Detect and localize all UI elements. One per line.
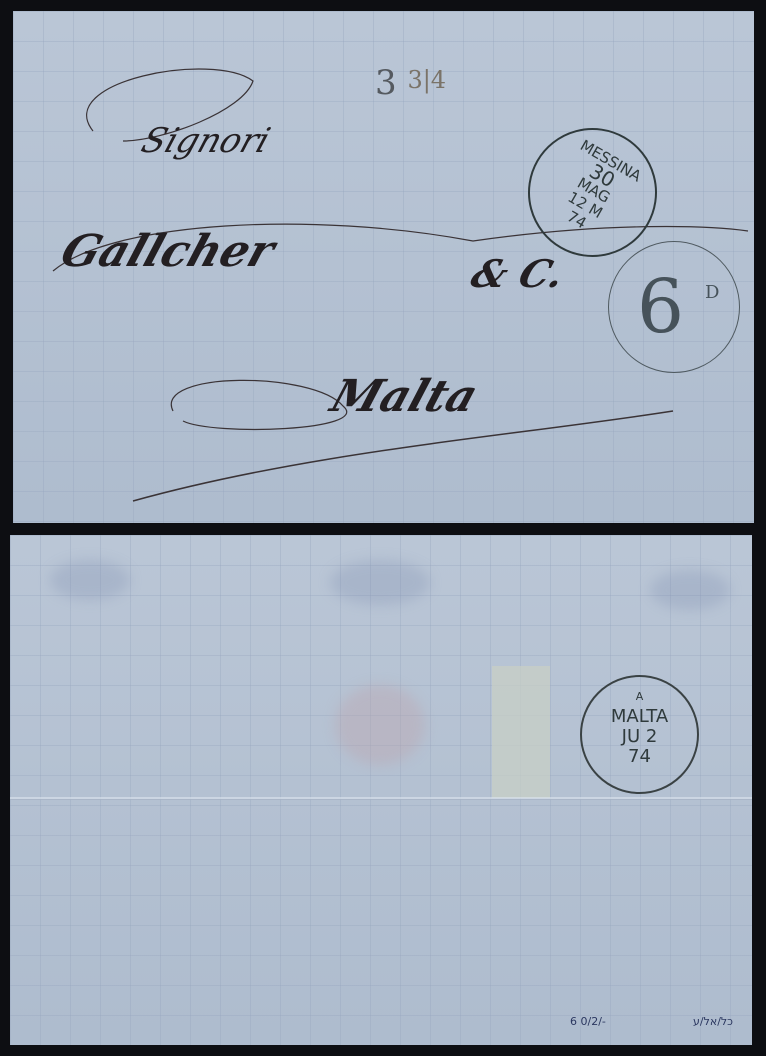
- malta-postmark: A MALTA JU 2 74: [580, 675, 699, 794]
- wax-seal-trace: [335, 685, 425, 765]
- paper-patch: [492, 666, 550, 798]
- stain: [50, 560, 130, 600]
- letter-front-panel: 3 3|4 Signori Gallcher & C. Malta MESSIN…: [13, 11, 754, 523]
- due-marking: 6 D: [608, 241, 740, 373]
- address-name: Gallcher: [55, 226, 281, 277]
- address-destination: Malta: [325, 371, 484, 422]
- stain: [650, 570, 730, 610]
- fold-line: [10, 797, 752, 800]
- stain: [330, 560, 430, 605]
- address-suffix: & C.: [466, 251, 571, 296]
- pencil-note: 6 0/2/-: [570, 1015, 606, 1028]
- letter-back-panel: A MALTA JU 2 74 6 0/2/- כל/אל/ע: [10, 535, 752, 1045]
- pencil-note: כל/אל/ע: [693, 1015, 733, 1028]
- address-salutation: Signori: [137, 121, 275, 161]
